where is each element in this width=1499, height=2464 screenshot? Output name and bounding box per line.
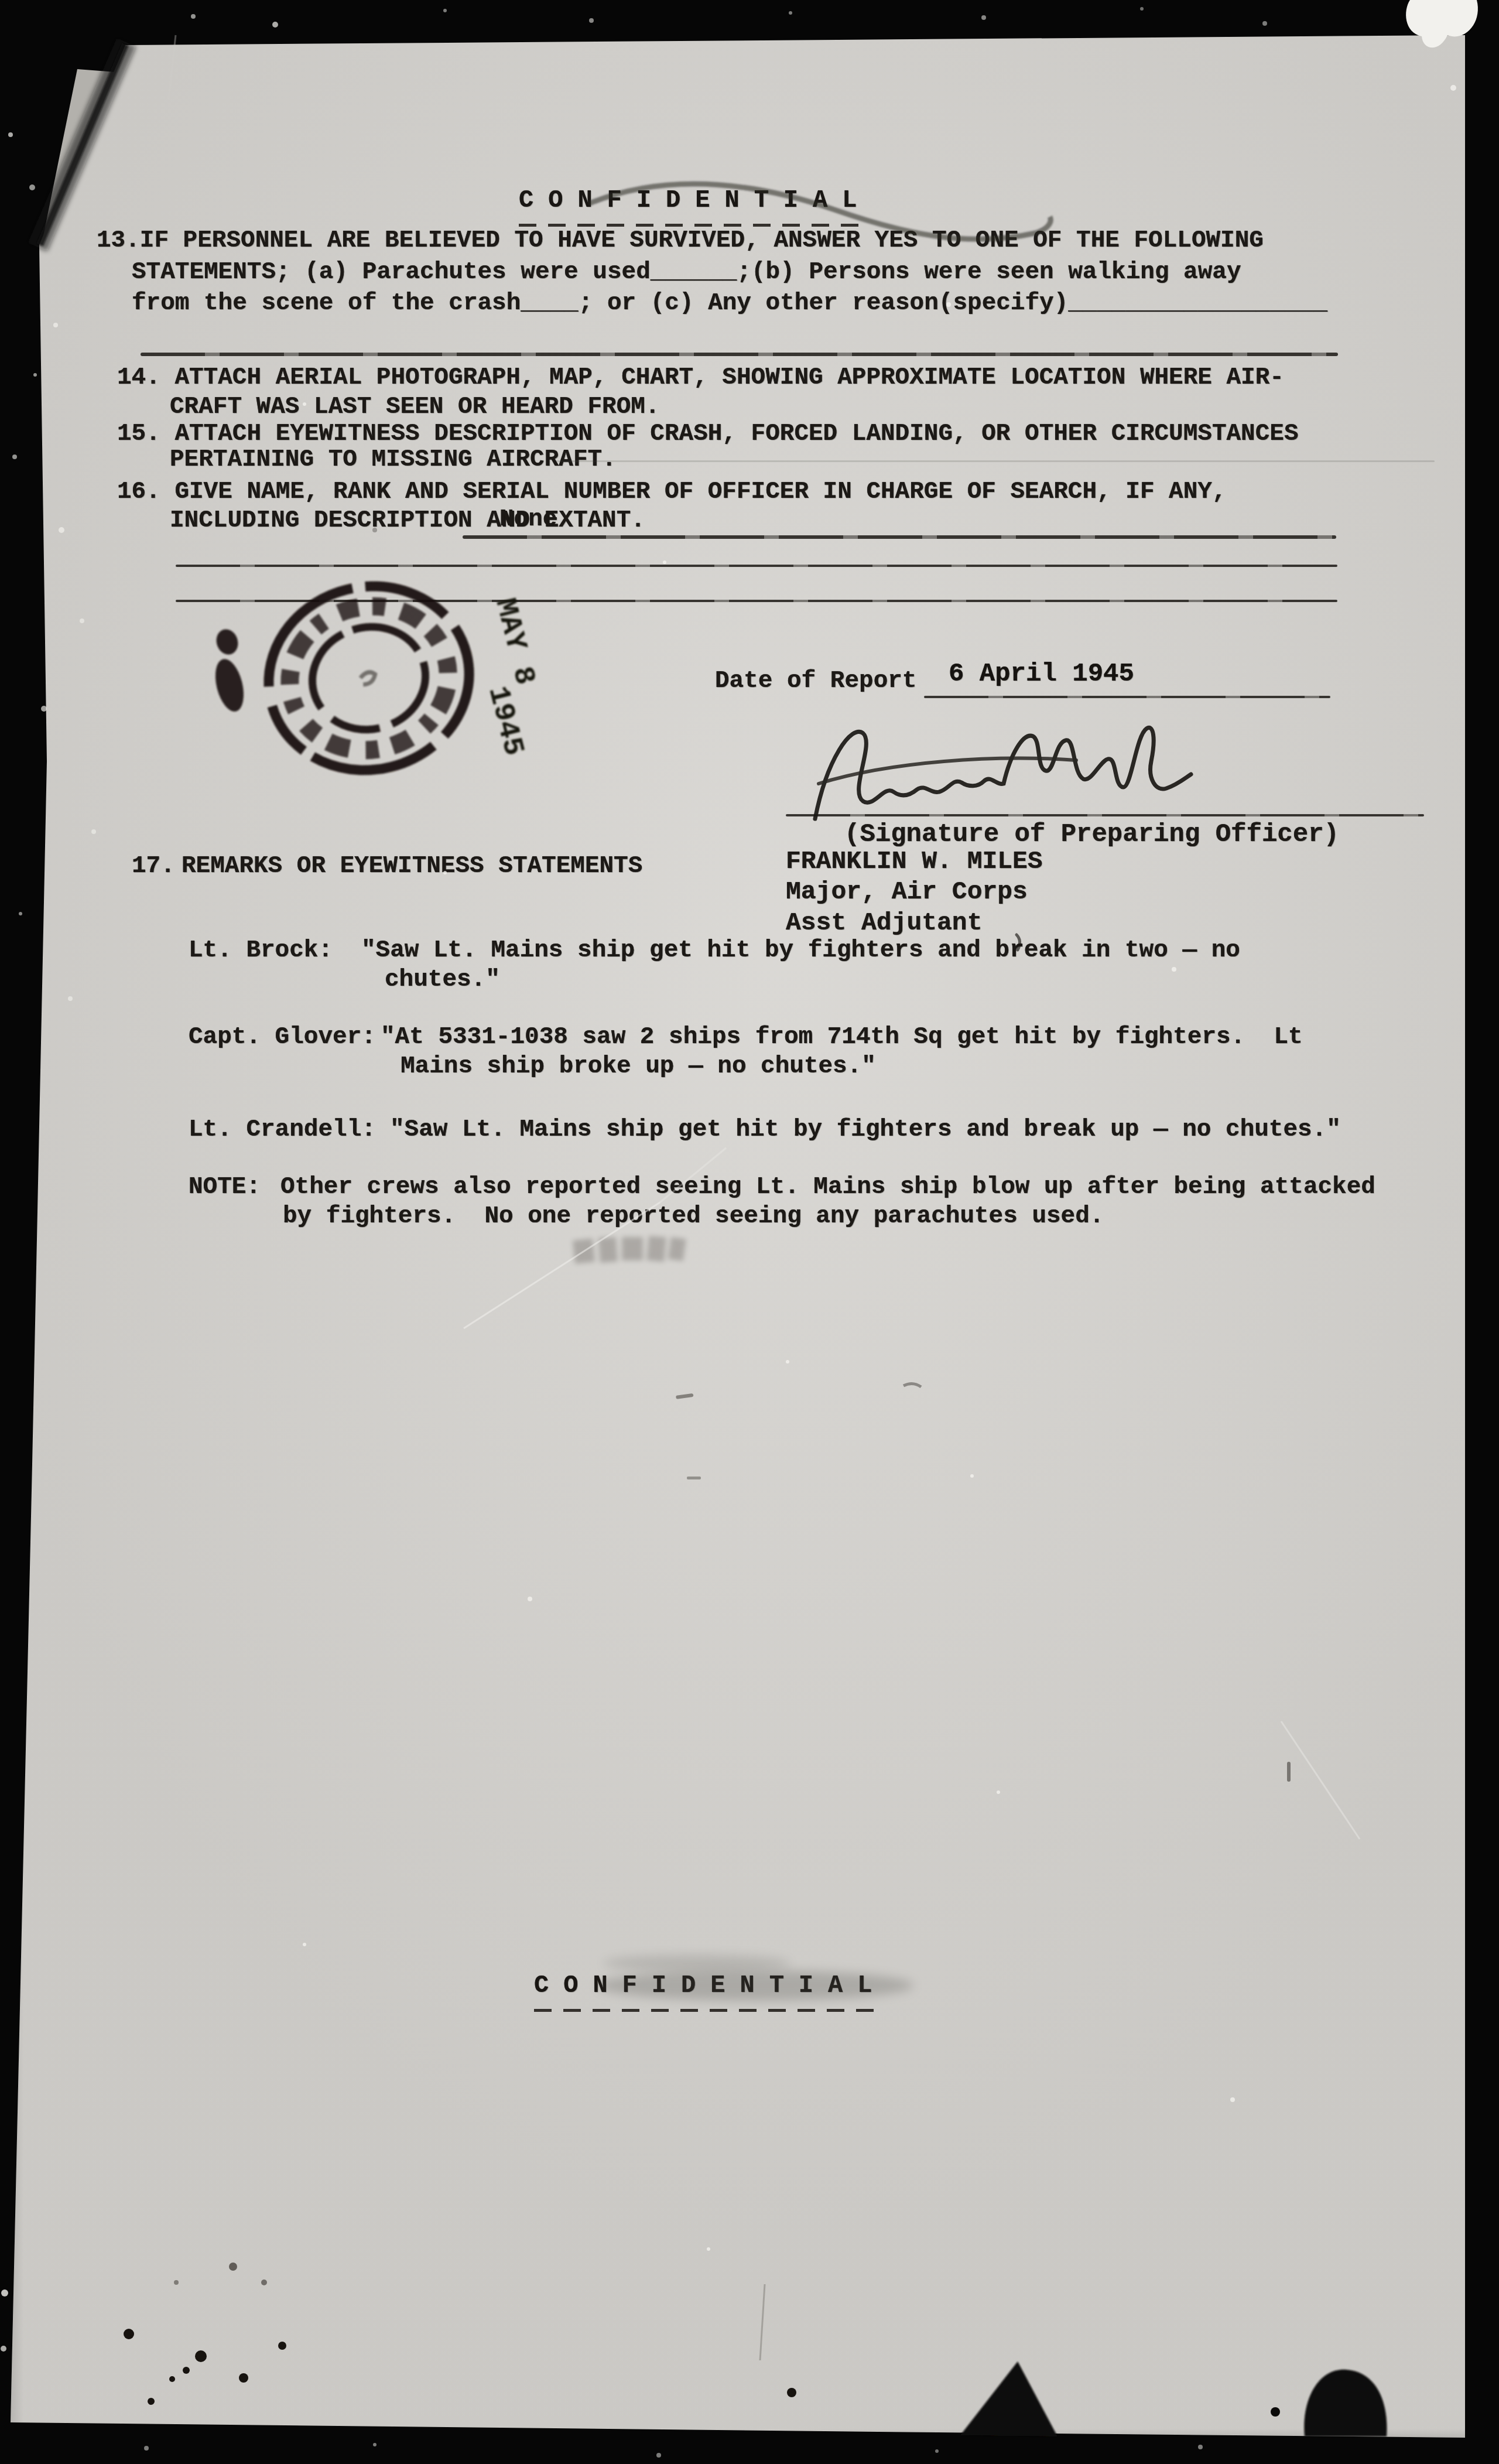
classification-top-underline <box>519 224 865 227</box>
statement-glover-speaker: Capt. Glover: <box>189 1024 376 1051</box>
statement-brock-line-2: chutes." <box>385 966 500 994</box>
date-of-report-value: 6 April 1945 <box>949 659 1134 689</box>
classification-top: CONFIDENTIAL <box>519 186 871 214</box>
item-16-line-2: INCLUDING DESCRIPTION AND EXTANT. <box>170 507 645 535</box>
statement-glover-line-2: Mains ship broke up — no chutes." <box>401 1053 876 1081</box>
item-16-line-1: 16. GIVE NAME, RANK AND SERIAL NUMBER OF… <box>117 479 1227 506</box>
section-17-title: REMARKS OR EYEWITNESS STATEMENTS <box>182 853 642 880</box>
item-15-line-2: PERTAINING TO MISSING AIRCRAFT. <box>170 446 617 474</box>
officer-name: FRANKLIN W. MILES <box>786 847 1043 876</box>
faint-scratch-line <box>556 460 1435 462</box>
item-16-answer: None <box>499 506 557 534</box>
blank-rule-2 <box>176 600 1337 602</box>
scanned-document-page: CONFIDENTIAL 13.IF PERSONNEL ARE BELIEVE… <box>0 0 1499 2464</box>
item-13-line-2: STATEMENTS; (a) Parachutes were used____… <box>132 259 1241 286</box>
item-13-answer-rule <box>141 353 1338 356</box>
item-13-line-1: 13.IF PERSONNEL ARE BELIEVED TO HAVE SUR… <box>97 227 1264 255</box>
signature-caption: (Signature of Preparing Officer) <box>844 820 1339 850</box>
statement-crandell-speaker: Lt. Crandell: <box>189 1116 376 1144</box>
signature-line <box>786 814 1424 816</box>
officer-title: Asst Adjutant <box>786 908 982 937</box>
statement-brock-speaker: Lt. Brock: <box>189 937 333 965</box>
date-of-report-label: Date of Report <box>715 668 916 695</box>
item-15-line-1: 15. ATTACH EYEWITNESS DESCRIPTION OF CRA… <box>117 421 1299 448</box>
officer-rank: Major, Air Corps <box>786 877 1028 906</box>
item-13-line-3: from the scene of the crash____; or (c) … <box>132 290 1327 317</box>
item-14-line-1: 14. ATTACH AERIAL PHOTOGRAPH, MAP, CHART… <box>117 364 1284 392</box>
date-underline <box>924 696 1330 698</box>
statement-note-line-1: Other crews also reported seeing Lt. Mai… <box>280 1174 1375 1201</box>
statement-note-speaker: NOTE: <box>189 1174 261 1201</box>
blank-rule-1 <box>176 565 1337 567</box>
statement-brock-line-1: "Saw Lt. Mains ship get hit by fighters … <box>361 937 1240 965</box>
statement-glover-line-1: "At 5331-1038 saw 2 ships from 714th Sq … <box>381 1024 1303 1051</box>
section-17-number: 17. <box>132 853 175 880</box>
statement-note-line-2: by fighters. No one reported seeing any … <box>283 1203 1104 1231</box>
item-16-answer-rule <box>463 535 1336 539</box>
classification-bottom-underline <box>534 2009 881 2012</box>
statement-crandell-line-1: "Saw Lt. Mains ship get hit by fighters … <box>390 1116 1341 1144</box>
item-14-line-2: CRAFT WAS LAST SEEN OR HEARD FROM. <box>170 394 660 421</box>
classification-bottom: CONFIDENTIAL <box>534 1971 887 2000</box>
